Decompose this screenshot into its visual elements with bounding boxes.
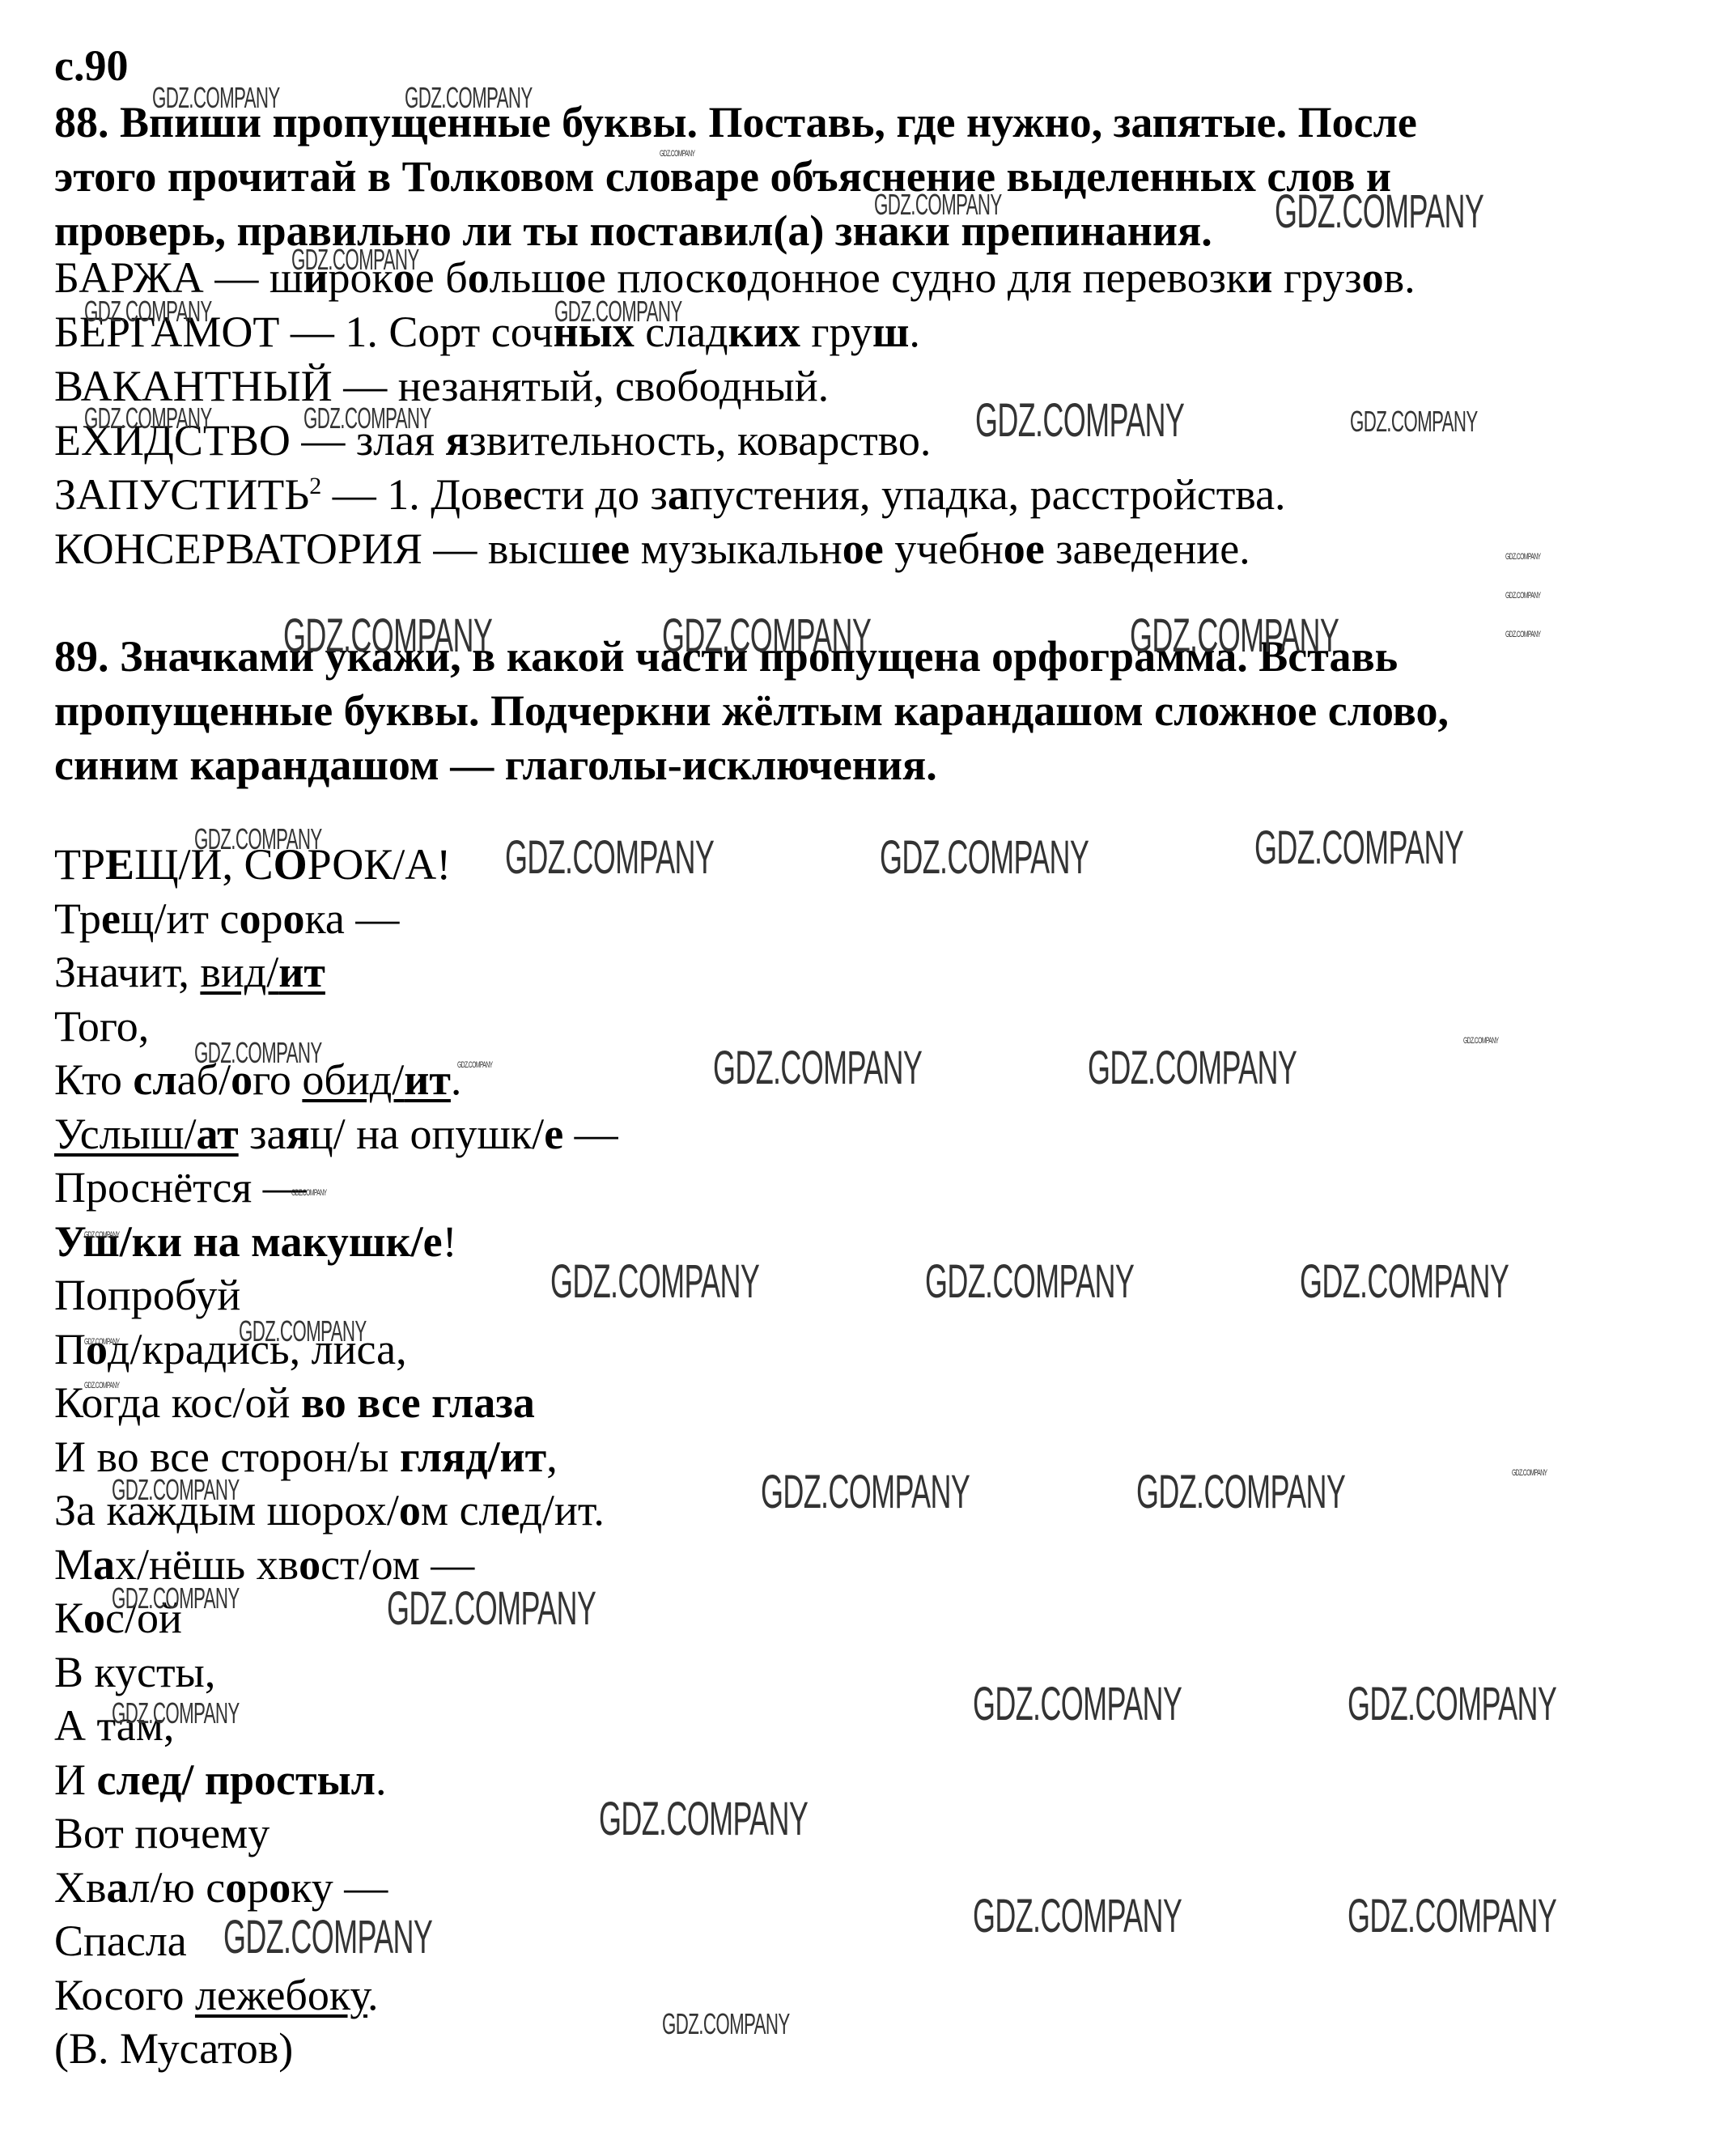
poem-line: Кто слаб/ого обид/ит. (54, 1053, 618, 1107)
watermark: GDZ.COMPANY (973, 1889, 1182, 1943)
term: КОНСЕРВАТОРИЯ (54, 524, 422, 573)
watermark: GDZ.COMPANY (925, 1254, 1134, 1309)
definition-bergamot: БЕРГАМОТ — 1. Сорт сочных сладких груш. (54, 305, 1416, 359)
watermark: GDZ.COMPANY (1505, 591, 1540, 601)
watermark: GDZ.COMPANY (973, 1677, 1182, 1731)
watermark: GDZ.COMPANY (194, 822, 322, 856)
watermark: GDZ.COMPANY (1350, 405, 1478, 439)
watermark: GDZ.COMPANY (761, 1465, 970, 1519)
watermark: GDZ.COMPANY (84, 401, 212, 435)
watermark: GDZ.COMPANY (84, 1230, 119, 1240)
watermark: GDZ.COMPANY (1275, 185, 1483, 239)
definition-konservatoriya: КОНСЕРВАТОРИЯ — высшее музыкальное учебн… (54, 522, 1416, 576)
poem-line: Уш/ки на макушк/е! (54, 1215, 618, 1269)
watermark: GDZ.COMPANY (1512, 1468, 1547, 1478)
watermark: GDZ.COMPANY (387, 1581, 596, 1636)
watermark: GDZ.COMPANY (194, 1036, 322, 1070)
watermark: GDZ.COMPANY (152, 81, 280, 115)
watermark: GDZ.COMPANY (599, 1792, 808, 1846)
term: ЗАПУСТИТЬ (54, 470, 309, 519)
watermark: GDZ.COMPANY (457, 1060, 492, 1070)
watermark: GDZ.COMPANY (84, 1337, 119, 1347)
task-89-heading-line: пропущенные буквы. Подчеркни жёлтым кара… (54, 684, 1592, 738)
dash: — (333, 470, 376, 519)
poem-line: Того, (54, 1000, 618, 1054)
definition-barzha: БАРЖА — широкое большое плоскодонное суд… (54, 251, 1416, 305)
watermark: GDZ.COMPANY (112, 1581, 240, 1615)
dictionary-definitions: БАРЖА — широкое большое плоскодонное суд… (54, 251, 1416, 576)
watermark: GDZ.COMPANY (1136, 1465, 1345, 1519)
watermark: GDZ.COMPANY (505, 830, 714, 885)
watermark: GDZ.COMPANY (1505, 630, 1540, 639)
poem-line: Хвал/ю сороку — (54, 1861, 618, 1915)
definition-text: незанятый, свободный. (398, 362, 829, 410)
watermark: GDZ.COMPANY (554, 295, 682, 329)
poem-line: Когда кос/ой во все глаза (54, 1376, 618, 1430)
poem-line: Проснётся — (54, 1161, 618, 1215)
watermark: GDZ.COMPANY (1254, 821, 1463, 875)
watermark: GDZ.COMPANY (84, 1381, 119, 1390)
task-88-heading-line: 88. Впиши пропущенные буквы. Поставь, гд… (54, 96, 1592, 150)
poem-line: Услыш/ат заяц/ на опушк/е — (54, 1107, 618, 1161)
watermark: GDZ.COMPANY (405, 81, 533, 115)
dash: — (214, 253, 258, 302)
poem-author: (В. Мусатов) (54, 2022, 618, 2076)
watermark: GDZ.COMPANY (283, 609, 492, 663)
watermark: GDZ.COMPANY (874, 188, 1002, 222)
poem-line: Косого лежебоку. (54, 1968, 618, 2023)
watermark: GDZ.COMPANY (975, 393, 1184, 448)
watermark: GDZ.COMPANY (662, 2007, 790, 2041)
definition-ekhidstvo: ЕХИДСТВО — злая язвительность, коварство… (54, 414, 1416, 468)
task-89-heading-line: синим карандашом — глаголы-исключения. (54, 738, 1592, 792)
watermark: GDZ.COMPANY (1348, 1677, 1556, 1731)
dash: — (291, 308, 334, 356)
watermark: GDZ.COMPANY (303, 401, 431, 435)
watermark: GDZ.COMPANY (1130, 609, 1339, 663)
watermark: GDZ.COMPANY (1300, 1254, 1509, 1309)
dash: — (433, 524, 477, 573)
poem: ТРЕЩ/И, СОРОК/А! Трещ/ит сорока — Значит… (54, 838, 618, 2076)
watermark: GDZ.COMPANY (713, 1041, 922, 1095)
watermark: GDZ.COMPANY (291, 1188, 326, 1198)
poem-line: И след/ простыл. (54, 1753, 618, 1807)
watermark: GDZ.COMPANY (550, 1254, 759, 1309)
watermark: GDZ.COMPANY (112, 1696, 240, 1730)
watermark: GDZ.COMPANY (291, 243, 419, 277)
watermark: GDZ.COMPANY (880, 830, 1089, 885)
watermark: GDZ.COMPANY (660, 149, 694, 159)
watermark: GDZ.COMPANY (223, 1910, 432, 1964)
poem-line: Значит, вид/ит (54, 945, 618, 1000)
watermark: GDZ.COMPANY (662, 609, 871, 663)
definition-zapustit: ЗАПУСТИТЬ2 — 1. Довести до запустения, у… (54, 468, 1416, 522)
watermark: GDZ.COMPANY (1348, 1889, 1556, 1943)
watermark: GDZ.COMPANY (1463, 1036, 1498, 1046)
poem-line: Вот почему (54, 1806, 618, 1861)
page-number: с.90 (54, 40, 128, 91)
watermark: GDZ.COMPANY (112, 1473, 240, 1507)
definition-vakantny: ВАКАНТНЫЙ — незанятый, свободный. (54, 359, 1416, 414)
poem-line: Трещ/ит сорока — (54, 892, 618, 946)
watermark: GDZ.COMPANY (84, 295, 212, 329)
superscript: 2 (309, 473, 321, 499)
poem-line: В кусты, (54, 1645, 618, 1700)
watermark: GDZ.COMPANY (1505, 552, 1540, 562)
watermark: GDZ.COMPANY (1088, 1041, 1297, 1095)
watermark: GDZ.COMPANY (239, 1314, 367, 1348)
